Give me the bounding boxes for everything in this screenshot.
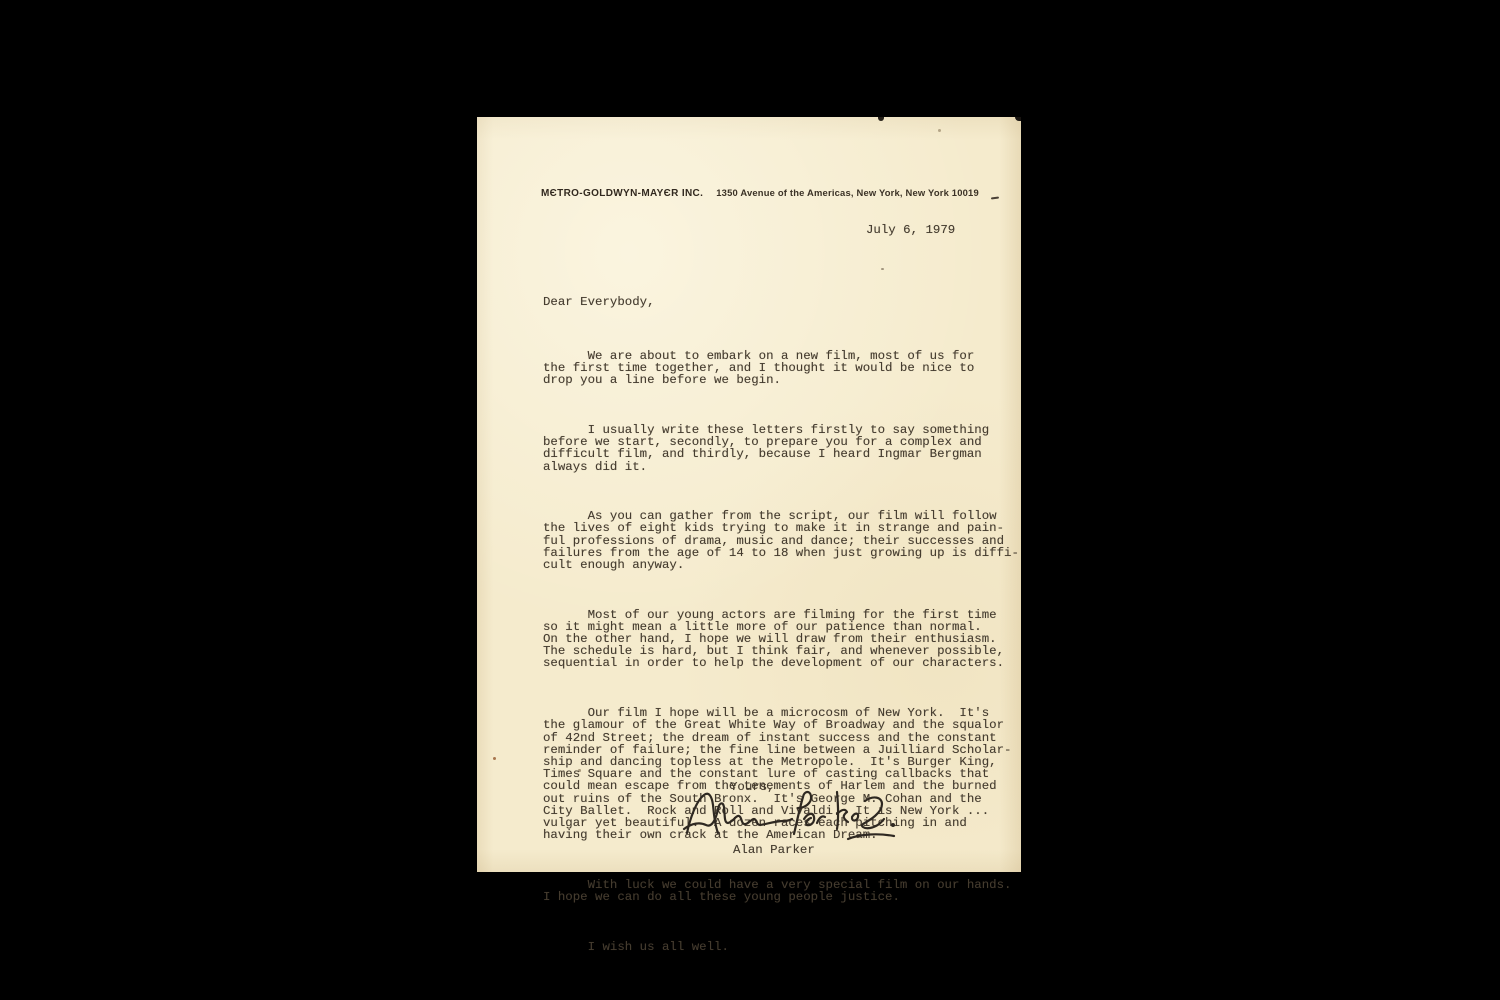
- paragraph-why-write: I usually write these letters firstly to…: [543, 424, 1019, 473]
- paragraph-young-actors: Most of our young actors are filming for…: [543, 609, 1019, 670]
- signature-period: [891, 823, 895, 827]
- scan-background: MЄTRO-GOLDWYN-MAYЄR INC.1350 Avenue of t…: [0, 0, 1500, 1000]
- paragraph-wish-well: I wish us all well.: [543, 941, 1019, 953]
- salutation: Dear Everybody,: [543, 296, 1019, 308]
- typed-name: Alan Parker: [733, 843, 815, 857]
- signature-stroke: [687, 794, 718, 833]
- signature-stroke: [684, 803, 792, 829]
- signature-stroke: [817, 816, 825, 823]
- letter-date: July 6, 1979: [866, 223, 955, 237]
- paper-speck: [493, 757, 496, 760]
- signature-stroke: [852, 814, 858, 821]
- signature-autograph: [680, 788, 900, 850]
- signature-underline: [848, 834, 894, 839]
- paper-speck: [881, 268, 884, 270]
- paragraph-film-premise: As you can gather from the script, our f…: [543, 510, 1019, 571]
- letterhead-company: MЄTRO-GOLDWYN-MAYЄR INC.: [541, 188, 703, 199]
- signature-stroke: [862, 797, 884, 828]
- letter-body: Dear Everybody, We are about to embark o…: [543, 272, 1019, 990]
- paragraph-intro: We are about to embark on a new film, mo…: [543, 350, 1019, 387]
- paragraph-with-luck: With luck we could have a very special f…: [543, 879, 1019, 903]
- paper-speck: [878, 117, 884, 121]
- paper-speck: [1015, 117, 1021, 121]
- signature-stroke: [794, 792, 811, 834]
- paper-speck: [938, 129, 941, 132]
- letter-page: MЄTRO-GOLDWYN-MAYЄR INC.1350 Avenue of t…: [477, 117, 1021, 872]
- scan-artifact-dash: [991, 197, 999, 200]
- letterhead: MЄTRO-GOLDWYN-MAYЄR INC.1350 Avenue of t…: [541, 183, 979, 201]
- signature-stroke: [837, 792, 838, 829]
- signature-stroke: [804, 814, 814, 825]
- letterhead-address: 1350 Avenue of the Americas, New York, N…: [716, 187, 979, 198]
